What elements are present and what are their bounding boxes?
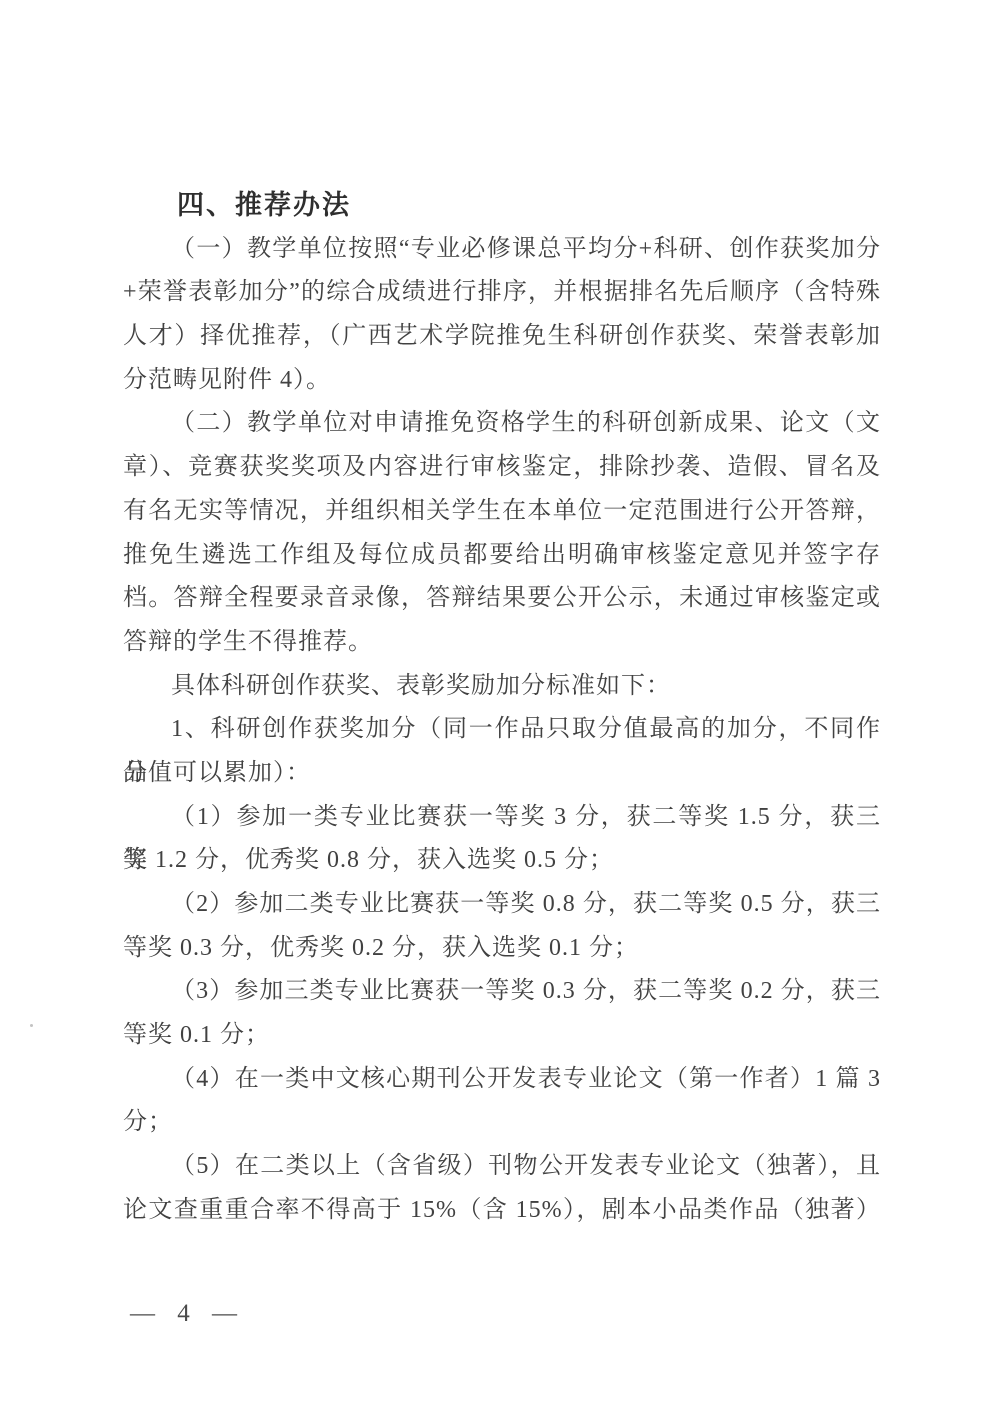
text-line: （二）教学单位对申请推免资格学生的科研创新成果、论文（文: [123, 402, 881, 446]
text-line: （5）在二类以上（含省级）刊物公开发表专业论文（独著），且: [123, 1145, 881, 1189]
document-body: 四、推荐办法（一）教学单位按照“专业必修课总平均分+科研、创作获奖加分+荣誉表彰…: [123, 184, 881, 1233]
text-line: 有名无实等情况，并组织相关学生在本单位一定范围进行公开答辩，: [123, 490, 881, 534]
text-line: 奖 1.2 分，优秀奖 0.8 分，获入选奖 0.5 分；: [123, 839, 881, 883]
text-line: 答辩的学生不得推荐。: [123, 621, 881, 665]
text-line: 分；: [123, 1101, 881, 1145]
text-line: 人才）择优推荐，（广西艺术学院推免生科研创作获奖、荣誉表彰加: [123, 315, 881, 359]
text-line: 论文查重重合率不得高于 15%（含 15%），剧本小品类作品（独著）: [123, 1189, 881, 1233]
text-line: （一）教学单位按照“专业必修课总平均分+科研、创作获奖加分: [123, 228, 881, 272]
document-page: 四、推荐办法（一）教学单位按照“专业必修课总平均分+科研、创作获奖加分+荣誉表彰…: [0, 0, 1000, 1414]
text-line: 等奖 0.1 分；: [123, 1014, 881, 1058]
text-line: （3）参加三类专业比赛获一等奖 0.3 分，获二等奖 0.2 分，获三: [123, 970, 881, 1014]
text-line: 1、科研创作获奖加分（同一作品只取分值最高的加分，不同作品: [123, 708, 881, 752]
text-line: （1）参加一类专业比赛获一等奖 3 分，获二等奖 1.5 分，获三等: [123, 796, 881, 840]
text-line: （2）参加二类专业比赛获一等奖 0.8 分，获二等奖 0.5 分，获三: [123, 883, 881, 927]
text-line: +荣誉表彰加分”的综合成绩进行排序，并根据排名先后顺序（含特殊: [123, 271, 881, 315]
scan-speck: [30, 1024, 33, 1027]
page-number: — 4 —: [130, 1300, 245, 1328]
text-line: 档。答辩全程要录音录像，答辩结果要公开公示，未通过审核鉴定或: [123, 577, 881, 621]
text-line: 具体科研创作获奖、表彰奖励加分标准如下：: [123, 665, 881, 709]
text-line: 分范畴见附件 4）。: [123, 359, 881, 403]
text-line: 分值可以累加）：: [123, 752, 881, 796]
text-line: 等奖 0.3 分，优秀奖 0.2 分，获入选奖 0.1 分；: [123, 927, 881, 971]
text-line: 章）、竞赛获奖奖项及内容进行审核鉴定，排除抄袭、造假、冒名及: [123, 446, 881, 490]
section-heading: 四、推荐办法: [123, 184, 881, 228]
text-line: （4）在一类中文核心期刊公开发表专业论文（第一作者）1 篇 3: [123, 1058, 881, 1102]
text-line: 推免生遴选工作组及每位成员都要给出明确审核鉴定意见并签字存: [123, 534, 881, 578]
